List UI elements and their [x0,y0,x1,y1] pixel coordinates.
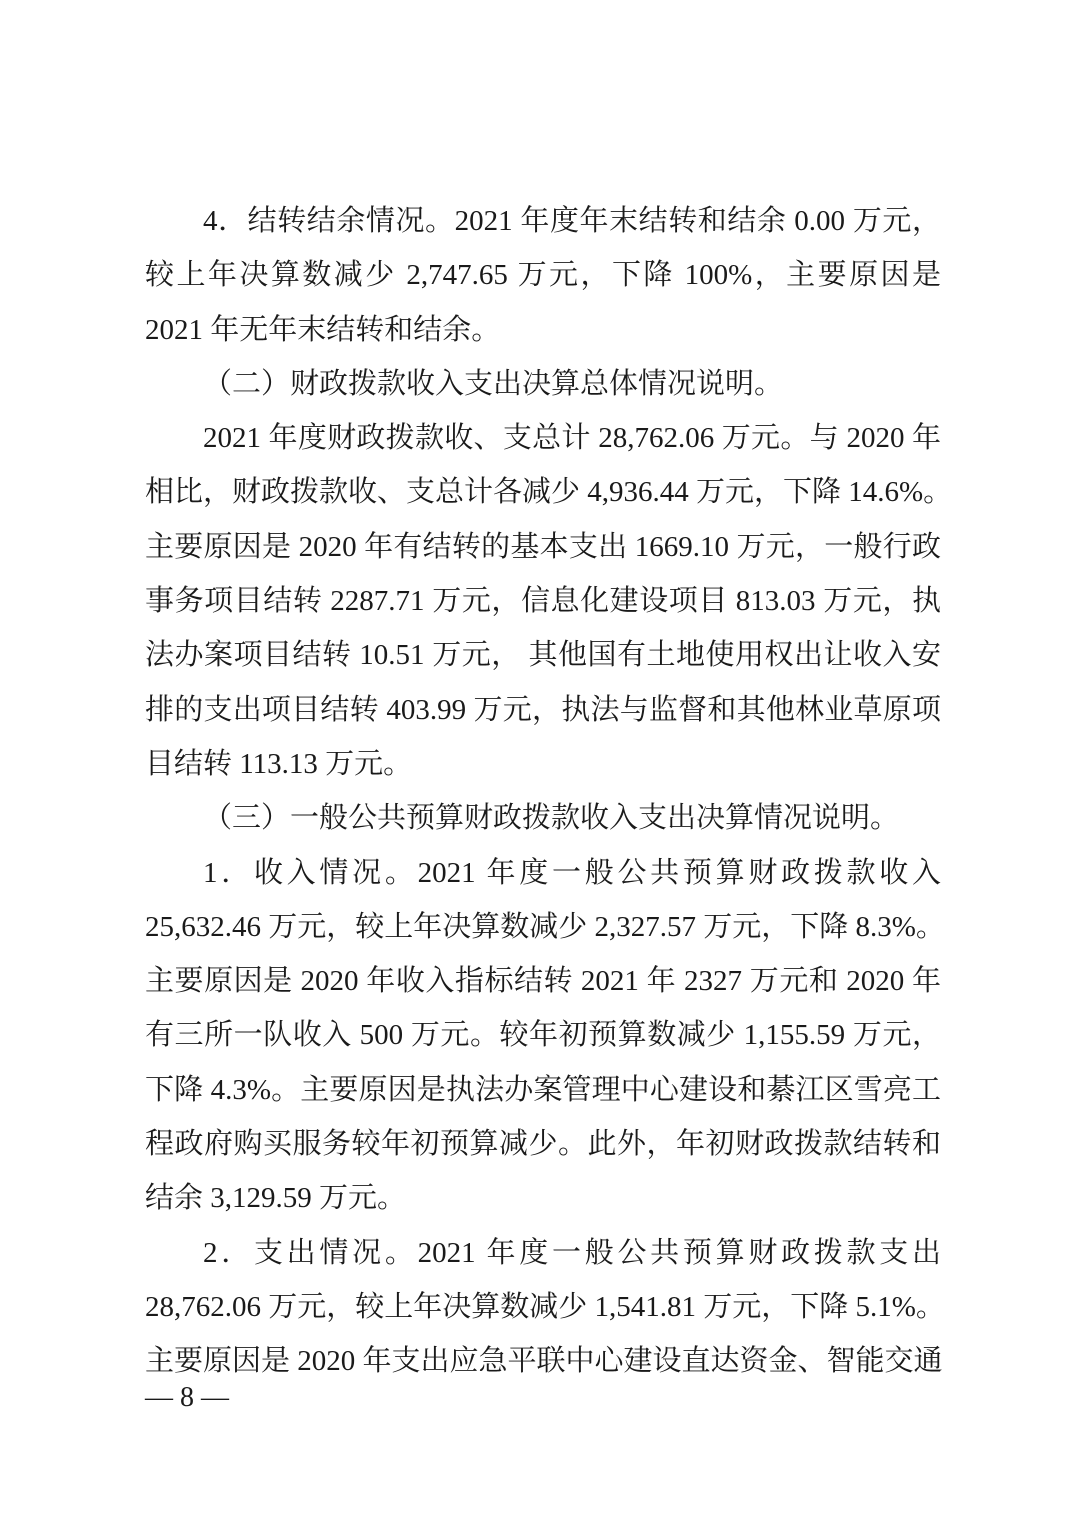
section-2-body-line-3: 主要原因是 2020 年有结转的基本支出 1669.10 万元，一般行政 [145,520,941,574]
section-2-body-line-6: 排的支出项目结转 403.99 万元，执法与监督和其他林业草原项 [145,683,941,737]
section-2-body-line-4: 事务项目结转 2287.71 万元，信息化建设项目 813.03 万元，执 [145,574,941,628]
income-line-4: 有三所一队收入 500 万元。较年初预算数减少 1,155.59 万元， [145,1008,941,1062]
section-2-body-line-1: 2021 年度财政拨款收、支总计 28,762.06 万元。与 2020 年 [145,411,941,465]
section-2-body-line-7: 目结转 113.13 万元。 [145,737,941,791]
page-number: — 8 — [145,1378,229,1418]
section-2-heading: （二）财政拨款收入支出决算总体情况说明。 [145,357,941,411]
income-line-3: 主要原因是 2020 年收入指标结转 2021 年 2327 万元和 2020 … [145,954,941,1008]
income-line-2: 25,632.46 万元，较上年决算数减少 2,327.57 万元，下降 8.3… [145,900,941,954]
income-line-1: 1．收入情况。2021 年度一般公共预算财政拨款收入 [145,846,941,900]
section-2-body-line-2: 相比，财政拨款收、支总计各减少 4,936.44 万元，下降 14.6%。 [145,465,941,519]
expenditure-line-3: 主要原因是 2020 年支出应急平联中心建设直达资金、智能交通 [145,1334,941,1388]
paragraph-carryover-line-3: 2021 年无年末结转和结余。 [145,303,941,357]
income-line-7: 结余 3,129.59 万元。 [145,1171,941,1225]
paragraph-carryover-line-1: 4．结转结余情况。2021 年度年末结转和结余 0.00 万元， [145,194,941,248]
section-2-body-line-5: 法办案项目结转 10.51 万元， 其他国有土地使用权出让收入安 [145,628,941,682]
expenditure-line-1: 2．支出情况。2021 年度一般公共预算财政拨款支出 [145,1226,941,1280]
income-line-5: 下降 4.3%。主要原因是执法办案管理中心建设和綦江区雪亮工 [145,1063,941,1117]
document-body: 4．结转结余情况。2021 年度年末结转和结余 0.00 万元， 较上年决算数减… [145,194,941,1389]
income-line-6: 程政府购买服务较年初预算减少。此外，年初财政拨款结转和 [145,1117,941,1171]
section-3-heading: （三）一般公共预算财政拨款收入支出决算情况说明。 [145,791,941,845]
expenditure-line-2: 28,762.06 万元，较上年决算数减少 1,541.81 万元，下降 5.1… [145,1280,941,1334]
paragraph-carryover-line-2: 较上年决算数减少 2,747.65 万元，下降 100%，主要原因是 [145,248,941,302]
